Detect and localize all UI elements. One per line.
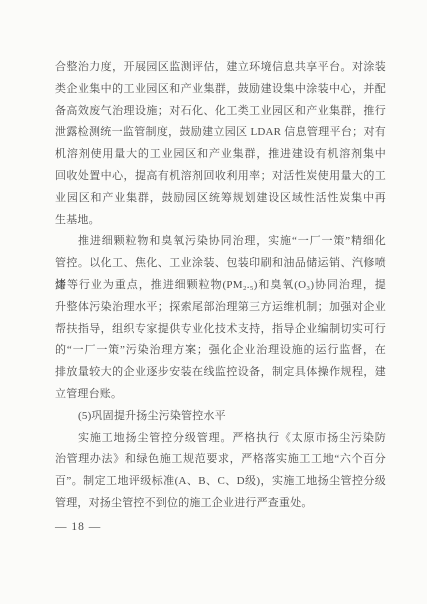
text-line: 机溶剂使用量大的工业园区和产业集群，推进建设有机溶剂集中	[55, 144, 386, 166]
text-line: 合整治力度，开展园区监测评估，建立环境信息共享平台。对涂装	[55, 57, 386, 79]
text-line: 立管理台账。	[55, 384, 386, 406]
text-line: 治管理办法》和绿色施工规范要求，严格落实施工工地“六个百分	[55, 449, 386, 471]
text-line: 备高效废气治理设施；对石化、化工类工业园区和产业集群，推行	[55, 101, 386, 123]
page-number: — 18 —	[55, 516, 101, 538]
text-line: 类企业集中的工业园区和产业集群，鼓励建设集中涂装中心，并配	[55, 79, 386, 101]
text-line: 实施工地扬尘管控分级管理。严格执行《太原市扬尘污染防	[55, 428, 386, 450]
text-line: 漆等行业为重点，推进细颗粒物(PM₂.₅)和臭氧(O₃)协同治理，提	[55, 275, 386, 297]
text-line: 的“一厂一策”污染治理方案；强化企业治理设施的运行监督，在	[55, 340, 386, 362]
text-line: 业园区和产业集群，鼓励园区统筹规划建设区域性活性炭集中再	[55, 188, 386, 210]
document-page: 合整治力度，开展园区监测评估，建立环境信息共享平台。对涂装类企业集中的工业园区和…	[0, 0, 427, 604]
text-line: 泄露检测统一监管制度，鼓励建立园区 LDAR 信息管理平台；对有	[55, 122, 386, 144]
text-line: 百”。制定工地评级标准(A、B、C、D级)，实施工地扬尘管控分级	[55, 471, 386, 493]
text-line: 推进细颗粒物和臭氧污染协同治理，实施“一厂一策”精细化	[55, 231, 386, 253]
text-line: 生基地。	[55, 210, 386, 232]
text-line: 管控。以化工、焦化、工业涂装、包装印刷和油品储运销、汽修喷烤	[55, 253, 386, 275]
text-block: 合整治力度，开展园区监测评估，建立环境信息共享平台。对涂装类企业集中的工业园区和…	[55, 57, 386, 515]
text-line: 排放量较大的企业逐步安装在线监控设备，制定具体操作规程，建	[55, 362, 386, 384]
text-line: 管理，对扬尘管控不到位的施工企业进行严查重处。	[55, 493, 386, 515]
text-line: 帮扶指导，组织专家提供专业化技术支持，指导企业编制切实可行	[55, 319, 386, 341]
section-heading-line: (5)巩固提升扬尘污染管控水平	[55, 406, 386, 428]
text-line: 升整体污染治理水平；探索尾部治理第三方运维机制；加强对企业	[55, 297, 386, 319]
text-line: 回收处置中心，提高有机溶剂回收利用率；对活性炭使用量大的工	[55, 166, 386, 188]
